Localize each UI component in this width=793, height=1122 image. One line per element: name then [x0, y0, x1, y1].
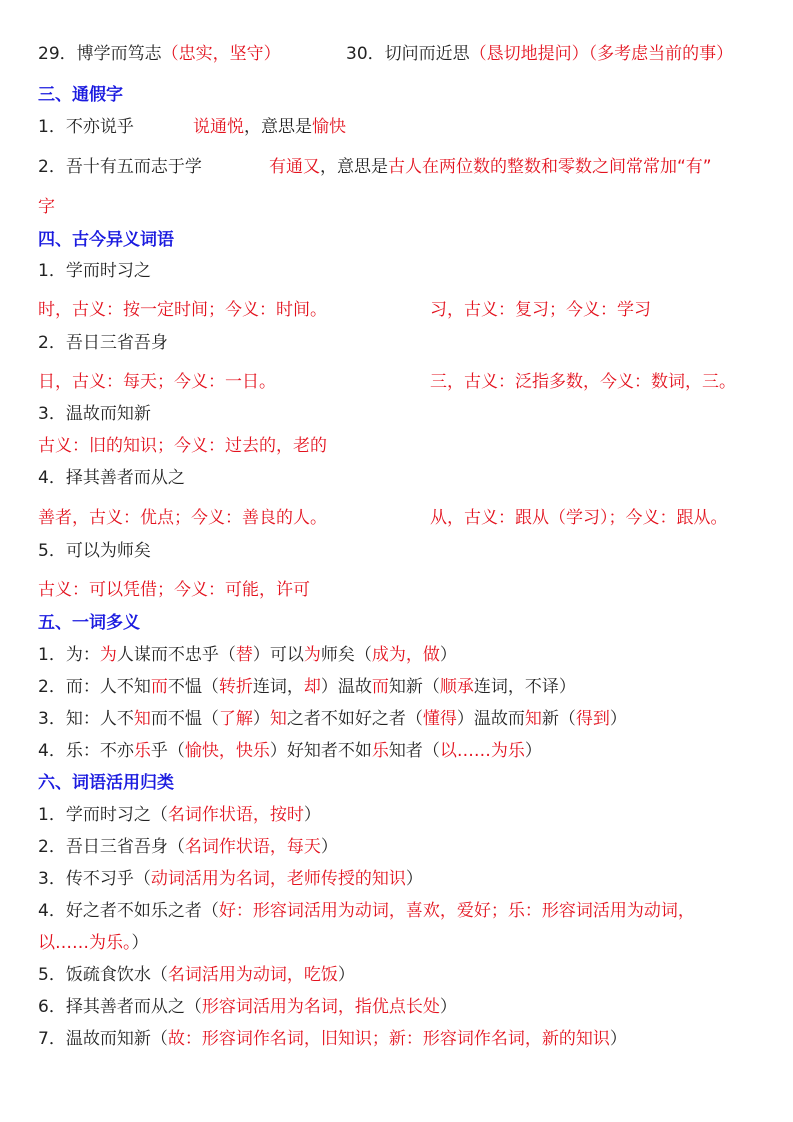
item-number: 6．: [38, 997, 66, 1017]
section6-item-2: 2．吾日三省吾身（名词作状语，每天）: [38, 836, 338, 858]
phrase: 好之者不如乐之者（: [66, 901, 219, 921]
item-number: 3．: [38, 404, 66, 424]
highlighted-text: 替: [236, 645, 253, 665]
highlighted-text: 懂得: [423, 709, 457, 729]
item-number: 1．: [38, 805, 66, 825]
highlighted-text: 乐: [134, 741, 151, 761]
text-run: 连词，: [253, 677, 304, 697]
item-number: 29．: [38, 44, 77, 64]
section4-item-5-left: 古义：可以凭借；今义：可能，许可: [38, 579, 310, 601]
highlighted-text: 而: [372, 677, 389, 697]
text-run: ）: [253, 709, 270, 729]
close-paren: ）: [132, 933, 149, 953]
phrase: 传不习乎（: [66, 869, 151, 889]
highlighted-text: 却: [304, 677, 321, 697]
section-heading-huoyong: 六、词语活用归类: [38, 772, 174, 794]
text-run: ）温故: [321, 677, 372, 697]
phrase: 切问而近思: [385, 44, 470, 64]
section3-item-1: 1．不亦说乎: [38, 116, 134, 138]
highlighted-text: 知: [525, 709, 542, 729]
item-number: 2．: [38, 837, 66, 857]
highlighted-text: 成为，做: [372, 645, 440, 665]
phrase: 温故而知新: [66, 404, 151, 424]
item-number: 1．: [38, 261, 66, 281]
text-run: 乎（: [151, 741, 185, 761]
close-paren: ）: [610, 1029, 627, 1049]
phrase: 吾日三省吾身: [66, 333, 168, 353]
phrase: 博学而笃志: [77, 44, 162, 64]
section5-item-2: 2．而：人不知而不愠（转折连词，却）温故而知新（顺承连词，不译）: [38, 676, 576, 698]
text-run: 连词，不译）: [474, 677, 576, 697]
item-number: 1．: [38, 117, 66, 137]
text-run: 3．知：人不: [38, 709, 134, 729]
close-paren: ）: [338, 965, 355, 985]
section6-item-7: 7．温故而知新（故：形容词作名词，旧知识；新：形容词作名词，新的知识）: [38, 1028, 627, 1050]
phrase: 择其善者而从之（: [66, 997, 202, 1017]
annotation: （多考虑当前的事）: [589, 44, 734, 64]
highlighted-text: 乐: [372, 741, 389, 761]
text-run: 人谋而不忠乎（: [117, 645, 236, 665]
section6-item-6: 6．择其善者而从之（形容词活用为名词，指优点长处）: [38, 996, 457, 1018]
text-run: ）: [440, 645, 457, 665]
annotation: （忠实，坚守）: [162, 44, 281, 64]
annotation-text: ，意思是: [320, 157, 388, 177]
text-run: 师矣（: [321, 645, 372, 665]
section4-item-4: 4．择其善者而从之: [38, 467, 185, 489]
highlighted-text: 而: [151, 677, 168, 697]
item-number: 7．: [38, 1029, 66, 1049]
highlighted-text: 愉快，快乐: [185, 741, 270, 761]
item-number: 3．: [38, 869, 66, 889]
section-heading-yiciduoyi: 五、一词多义: [38, 612, 140, 634]
highlighted-text: 以……为乐: [440, 741, 525, 761]
section4-item-5: 5．可以为师矣: [38, 540, 151, 562]
annotation: 好：形容词活用为动词，喜欢，爱好；乐：形容词活用为动词，: [219, 901, 695, 921]
annotation: 以……为乐。: [38, 933, 132, 953]
section6-item-3: 3．传不习乎（动词活用为名词，老师传授的知识）: [38, 868, 423, 890]
section6-item-4: 4．好之者不如乐之者（好：形容词活用为动词，喜欢，爱好；乐：形容词活用为动词，: [38, 900, 695, 922]
section5-item-1: 1．为：为人谋而不忠乎（替）可以为师矣（成为，做）: [38, 644, 457, 666]
phrase: 不亦说乎: [66, 117, 134, 137]
annotation: 有通又: [269, 157, 320, 177]
section4-item-2-left: 日，古义：每天；今义：一日。: [38, 371, 276, 393]
close-paren: ）: [304, 805, 321, 825]
annotation-text: ，意思是: [244, 117, 312, 137]
text-run: ）好知者不如: [270, 741, 372, 761]
phrase: 吾十有五而志于学: [66, 157, 202, 177]
text-run: ）: [525, 741, 542, 761]
section4-item-1-left: 时，古义：按一定时间；今义：时间。: [38, 299, 327, 321]
annotation: 形容词活用为名词，指优点长处: [202, 997, 440, 1017]
phrase: 饭疏食饮水（: [66, 965, 168, 985]
phrase: 学而时习之（: [66, 805, 168, 825]
highlighted-text: 知: [134, 709, 151, 729]
item-number: 2．: [38, 333, 66, 353]
section-heading-gujinyiyi: 四、古今异义词语: [38, 229, 174, 251]
annotation: 动词活用为名词，老师传授的知识: [151, 869, 406, 889]
section3-item-1-explanation: 说通悦，意思是愉快: [193, 116, 346, 138]
phrase: 择其善者而从之: [66, 468, 185, 488]
item-number: 5．: [38, 541, 66, 561]
section5-item-3: 3．知：人不知而不愠（了解）知之者不如好之者（懂得）温故而知新（得到）: [38, 708, 627, 730]
text-run: 不愠（: [168, 677, 219, 697]
item-number: 2．: [38, 157, 66, 177]
annotation: 故：形容词作名词，旧知识；新：形容词作名词，新的知识: [168, 1029, 610, 1049]
section6-item-1: 1．学而时习之（名词作状语，按时）: [38, 804, 321, 826]
section6-item-5: 5．饭疏食饮水（名词活用为动词，吃饭）: [38, 964, 355, 986]
phrase: 吾日三省吾身（: [66, 837, 185, 857]
text-run: ）可以: [253, 645, 304, 665]
highlighted-text: 转折: [219, 677, 253, 697]
highlighted-text: 顺承: [440, 677, 474, 697]
phrase: 学而时习之: [66, 261, 151, 281]
item-30: 30．切问而近思（恳切地提问）（多考虑当前的事）: [346, 43, 733, 65]
annotation: 名词作状语，按时: [168, 805, 304, 825]
item-number: 5．: [38, 965, 66, 985]
section4-item-3-left: 古义：旧的知识；今义：过去的，老的: [38, 435, 327, 457]
text-run: 1．为：: [38, 645, 100, 665]
close-paren: ）: [406, 869, 423, 889]
annotation: 说通悦: [193, 117, 244, 137]
highlighted-text: 为: [100, 645, 117, 665]
phrase: 可以为师矣: [66, 541, 151, 561]
section4-item-1-right: 习，古义：复习；今义：学习: [430, 299, 651, 321]
text-run: ）: [610, 709, 627, 729]
annotation: 古人在两位数的整数和零数之间常常加“有”: [388, 157, 712, 177]
section4-item-2-right: 三，古义：泛指多数，今义：数词，三。: [430, 371, 736, 393]
close-paren: ）: [440, 997, 457, 1017]
highlighted-text: 为: [304, 645, 321, 665]
text-run: 而不愠（: [151, 709, 219, 729]
text-run: 知新（: [389, 677, 440, 697]
annotation: 名词活用为动词，吃饭: [168, 965, 338, 985]
annotation: 愉快: [312, 117, 346, 137]
text-run: 之者不如好之者（: [287, 709, 423, 729]
section4-item-3: 3．温故而知新: [38, 403, 151, 425]
highlighted-text: 知: [270, 709, 287, 729]
section4-item-4-right: 从，古义：跟从（学习）；今义：跟从。: [430, 507, 728, 529]
text-run: 4．乐：不亦: [38, 741, 134, 761]
text-run: 2．而：人不知: [38, 677, 151, 697]
section3-item-2-wrap: 字: [38, 196, 55, 218]
annotation: 名词作状语，每天: [185, 837, 321, 857]
close-paren: ）: [321, 837, 338, 857]
item-number: 4．: [38, 468, 66, 488]
highlighted-text: 得到: [576, 709, 610, 729]
item-29: 29．博学而笃志（忠实，坚守）: [38, 43, 281, 65]
section3-item-2: 2．吾十有五而志于学: [38, 156, 202, 178]
text-run: 知者（: [389, 741, 440, 761]
section4-item-4-left: 善者，古义：优点；今义：善良的人。: [38, 507, 327, 529]
annotation: （恳切地提问）: [470, 44, 589, 64]
highlighted-text: 了解: [219, 709, 253, 729]
section-heading-tongjiazi: 三、通假字: [38, 84, 123, 106]
section5-item-4: 4．乐：不亦乐乎（愉快，快乐）好知者不如乐知者（以……为乐）: [38, 740, 542, 762]
phrase: 温故而知新（: [66, 1029, 168, 1049]
item-number: 30．: [346, 44, 385, 64]
section4-item-1: 1．学而时习之: [38, 260, 151, 282]
text-run: 新（: [542, 709, 576, 729]
section4-item-2: 2．吾日三省吾身: [38, 332, 168, 354]
section6-item-4-wrap: 以……为乐。）: [38, 932, 149, 954]
item-number: 4．: [38, 901, 66, 921]
text-run: ）温故而: [457, 709, 525, 729]
section3-item-2-explanation: 有通又，意思是古人在两位数的整数和零数之间常常加“有”: [269, 156, 712, 178]
